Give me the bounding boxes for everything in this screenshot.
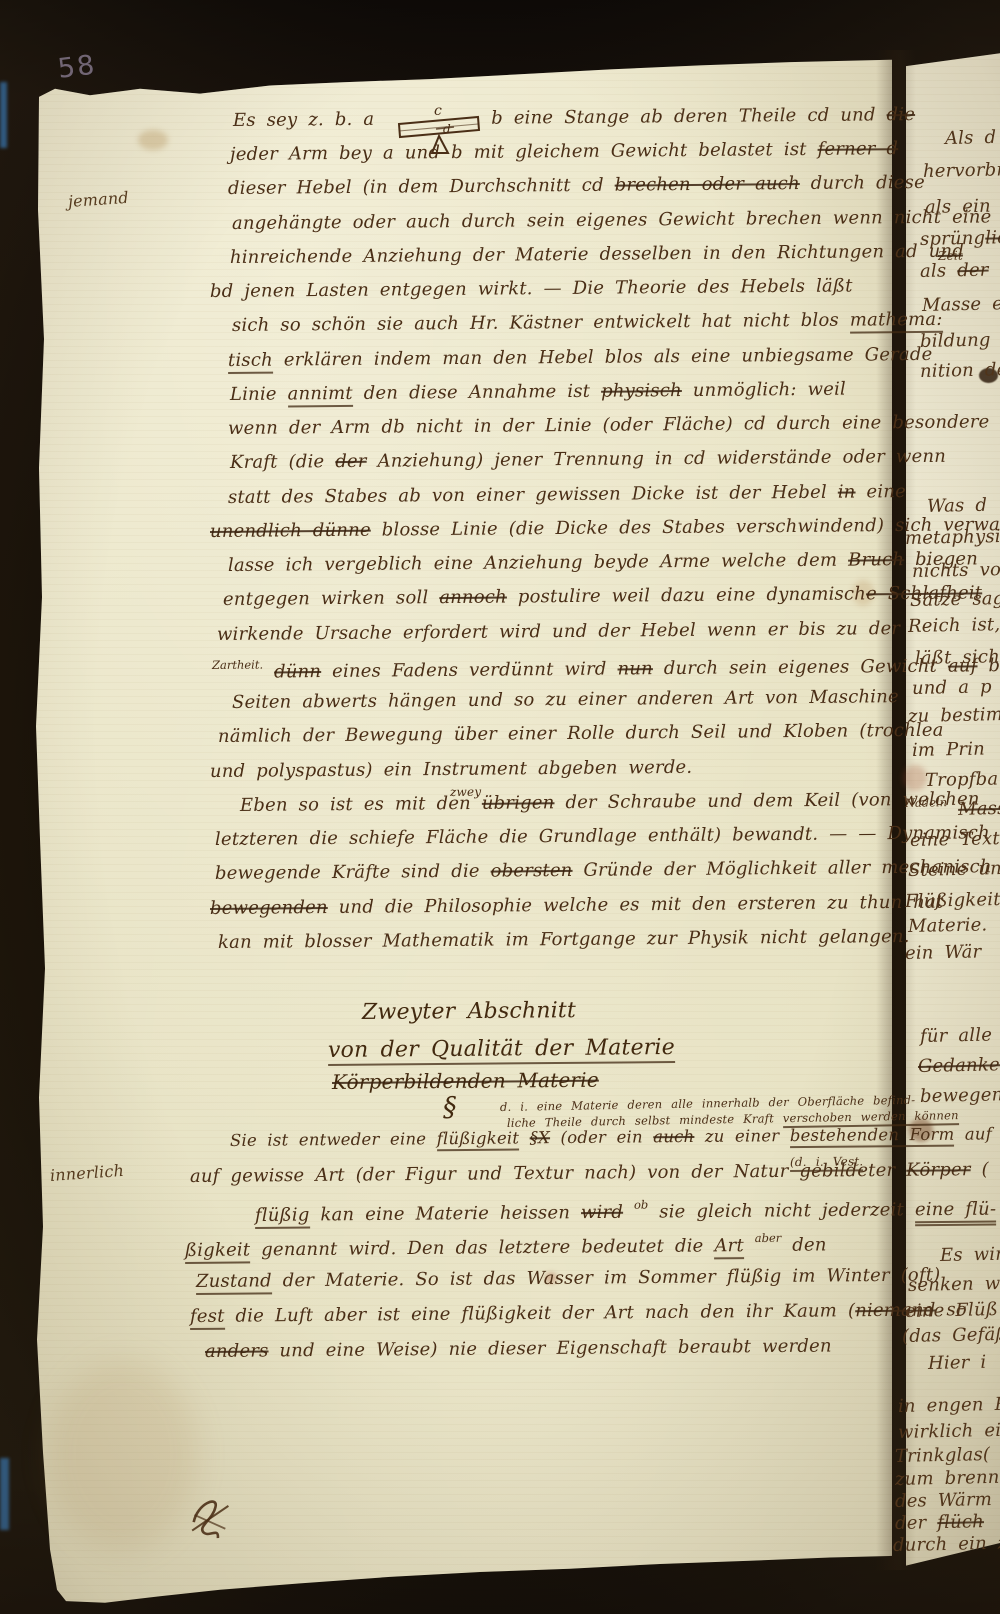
facing-page-column-b: Flüßigkeit — [905, 891, 1000, 911]
section-heading: von der Qualität der Materie — [328, 1037, 675, 1062]
main-paragraph-1: unendlich dünne blosse Linie (die Dicke … — [210, 516, 1000, 541]
facing-page-column-b: Steine und — [908, 860, 1000, 880]
facing-page-column-b: läßt sich — [915, 648, 1000, 668]
main-paragraph-1: nämlich der Bewegung über einer Rolle du… — [218, 722, 944, 746]
facing-page-column-b: Tropfba — [925, 770, 999, 790]
section-heading: § — [443, 1094, 457, 1121]
facing-page-column-b: eine Text — [910, 830, 1000, 850]
facing-page-column-c: senken w — [908, 1275, 1000, 1295]
main-paragraph-1: sich so schön sie auch Hr. Kästner entwi… — [232, 311, 943, 335]
main-paragraph-1: Es sey z. b. a b eine Stange ab deren Th… — [233, 106, 915, 130]
facing-page-column-b: zu bestim — [908, 706, 1000, 726]
facing-page-column-b: für alle d — [920, 1026, 1000, 1046]
main-paragraph-1: Linie annimt den diese Annahme ist physi… — [230, 381, 846, 404]
facing-page-column-a: als der Ur — [920, 261, 1000, 281]
section-heading: Körperbildenden Materie — [332, 1070, 599, 1092]
facing-page-column-b: metaphysisch — [905, 527, 1000, 548]
main-paragraph-2: Sie ist entweder eine flüßigkeit §X (ode… — [230, 1126, 992, 1149]
facing-page-column-c: wirklich ein — [898, 1422, 1000, 1442]
facing-page-column-b: Nadeln Massen ( — [905, 795, 1000, 820]
main-paragraph-1: bewegende Kräfte sind die obersten Gründ… — [215, 858, 992, 883]
main-paragraph-1: tisch erklären indem man den Hebel blos … — [228, 346, 933, 370]
main-paragraph-1: bd jenen Lasten entgegen wirkt. — Die Th… — [210, 277, 853, 301]
handwriting-layer: 58jemandinnerlichEs sey z. b. a b eine S… — [0, 0, 1000, 1614]
facing-page-column-a: hervorbring — [923, 161, 1000, 181]
facing-page-column-b: bewegende — [920, 1086, 1000, 1106]
facing-page-column-c: Es wir — [940, 1246, 1000, 1265]
main-paragraph-1: Kraft (die der Anziehung) jener Trennung… — [230, 448, 946, 472]
page-number: 58 — [56, 51, 97, 82]
manuscript-scan: 58jemandinnerlichEs sey z. b. a b eine S… — [0, 0, 1000, 1614]
main-paragraph-1: angehängte oder auch durch sein eigenes … — [232, 208, 992, 233]
facing-page-column-a: Als d — [945, 129, 997, 148]
main-paragraph-1: wirkende Ursache erfordert wird und der … — [217, 620, 900, 644]
main-paragraph-1: lasse ich vergeblich eine Anziehung beyd… — [228, 550, 978, 575]
main-paragraph-2: flüßig kan eine Materie heissen wird ob … — [255, 1197, 996, 1225]
facing-page-column-b: und a p — [912, 678, 992, 698]
facing-page-column-a: als ein ba — [925, 197, 1000, 217]
facing-page-column-c: eine Flüß — [905, 1301, 998, 1321]
margin-note: jemand — [67, 190, 129, 210]
facing-page-column-b: nichts vo — [912, 561, 1000, 581]
main-paragraph-1: Zartheit. dünn eines Fadens verdünnt wir… — [212, 653, 1000, 682]
main-paragraph-1: kan mit blosser Mathematik im Fortgange … — [218, 928, 910, 952]
facing-page-column-a: nition de — [920, 361, 1000, 381]
facing-page-column-b: Reich ist, n — [908, 616, 1000, 636]
facing-page-column-c: der flüch — [895, 1513, 984, 1533]
main-paragraph-1: und polyspastus) ein Instrument abgeben … — [210, 759, 692, 781]
main-paragraph-2: fest die Luft aber ist eine flüßigkeit d… — [190, 1301, 967, 1326]
facing-page-column-c: Hier i — [928, 1354, 987, 1373]
margin-note: innerlich — [49, 1163, 124, 1184]
facing-page-column-b: Gedanken b — [918, 1056, 1000, 1076]
section-heading: Zweyter Abschnitt — [362, 1000, 576, 1024]
main-paragraph-2: auf gewisse Art (der Figur und Textur na… — [190, 1161, 989, 1186]
facing-page-column-c: in engen R — [898, 1396, 1000, 1416]
interlinear-insert: zwey — [450, 786, 481, 798]
facing-page-column-b: ein Wär — [905, 943, 982, 963]
main-paragraph-2: ßigkeit genannt wird. Den das letztere b… — [185, 1232, 827, 1260]
lever-diagram: c d — [396, 106, 488, 156]
facing-page-column-b: Sätze sag — [910, 590, 1000, 610]
facing-page-column-c: des Wärm — [895, 1491, 992, 1511]
facing-page-column-c: durch ein zu — [893, 1534, 1000, 1555]
facing-page-column-b: im Prin — [912, 740, 985, 760]
main-paragraph-2: Zustand der Materie. So ist das Wasser i… — [196, 1267, 941, 1291]
main-paragraph-1: Seiten abwerts hängen und so zu einer an… — [232, 688, 899, 712]
svg-text:d: d — [443, 122, 451, 136]
facing-page-column-b: Was d — [927, 497, 988, 516]
svg-text:c: c — [434, 106, 442, 119]
main-paragraph-1: jeder Arm bey a und b mit gleichem Gewic… — [230, 140, 898, 164]
facing-page-column-c: Trinkglas( — [895, 1446, 990, 1466]
main-paragraph-1: statt des Stabes ab von einer gewissen D… — [228, 483, 906, 507]
main-paragraph-1: letzteren die schiefe Fläche die Grundla… — [215, 824, 990, 849]
facing-page-column-a: bildung mö — [920, 331, 1000, 351]
main-paragraph-2: anders und eine Weise) nie dieser Eigens… — [205, 1338, 832, 1361]
facing-page-column-a: sprünglichen — [920, 228, 1000, 249]
main-paragraph-1: Eben so ist es mit den übrigen der Schra… — [240, 791, 980, 815]
main-paragraph-1: dieser Hebel (in dem Durchschnitt cd bre… — [228, 174, 925, 198]
facing-page-column-b: Materie. — [908, 916, 988, 936]
main-paragraph-1: bewegenden und die Philosophie welche es… — [210, 894, 944, 918]
main-paragraph-1: entgegen wirken soll annoch postulire we… — [223, 584, 982, 609]
facing-page-column-c: (das Gefäß — [902, 1326, 1000, 1346]
facing-page-column-c: zum brenn — [895, 1469, 1000, 1489]
facing-page-column-a: Masse ein — [922, 295, 1000, 315]
main-paragraph-1: hinreichende Anziehung der Materie desse… — [230, 243, 964, 267]
main-paragraph-1: wenn der Arm db nicht in der Linie (oder… — [228, 413, 990, 438]
